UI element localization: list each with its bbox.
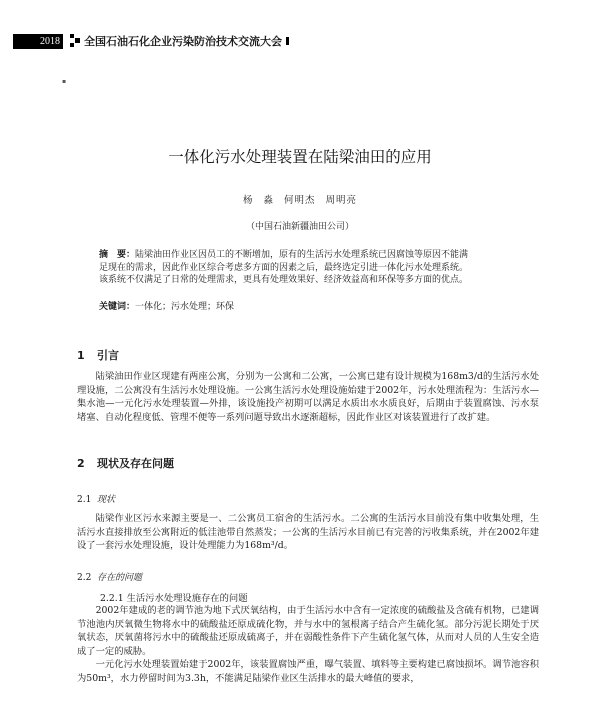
keywords-text: 一体化；污水处理；环保 (135, 302, 234, 312)
subsubsection-heading-2-2-1: 2.2.1 生活污水处理设施存在的问题 (100, 590, 248, 604)
abstract: 摘 要：陆梁油田作业区因员工的不断增加，原有的生活污水处理系统已因腐蚀等原因不能… (99, 249, 469, 287)
section-heading-2: 2现状及存在问题 (77, 455, 174, 471)
subsection-heading-2-2: 2.2存在的问题 (77, 570, 142, 583)
conference-header: 2018 全国石油石化企业污染防治技术交流大会 (13, 33, 289, 49)
year-badge: 2018 (13, 34, 63, 49)
header-end-mark (286, 37, 289, 45)
subsubsection-2-2-1-paragraph-1: 2002年建成的老的调节池为地下式厌氧结构，由于生活污水中含有一定浓度的硫酸盐及… (77, 604, 539, 658)
conference-title: 全国石油石化企业污染防治技术交流大会 (84, 33, 282, 49)
conference-logo-icon (70, 34, 80, 48)
subsection-heading-2-1: 2.1现状 (77, 492, 115, 505)
scan-mark: ▪ (62, 78, 66, 85)
section-1-paragraph: 陆梁油田作业区现建有两座公寓，分别为一公寓和二公寓，一公寓已建有设计规模为168… (77, 370, 539, 424)
subsubsection-2-2-1-paragraph-2: 一元化污水处理装置始建于2002年，该装置腐蚀严重，曝气装置、填料等主要构建已腐… (77, 658, 539, 685)
paper-authors: 杨 淼 何明杰 周明亮 (0, 192, 600, 206)
abstract-label: 摘 要： (99, 250, 135, 260)
keywords-label: 关键词： (99, 302, 135, 312)
keywords: 关键词：一体化；污水处理；环保 (99, 299, 234, 312)
paper-affiliation: （中国石油新疆油田公司） (0, 219, 600, 232)
section-heading-1: 1引言 (77, 347, 119, 363)
paper-title: 一体化污水处理装置在陆梁油田的应用 (0, 145, 600, 167)
abstract-text: 陆梁油田作业区因员工的不断增加，原有的生活污水处理系统已因腐蚀等原因不能满足现在… (99, 250, 468, 285)
subsection-2-1-paragraph: 陆梁作业区污水来源主要是一、二公寓员工宿舍的生活污水。二公寓的生活污水目前没有集… (77, 512, 539, 553)
